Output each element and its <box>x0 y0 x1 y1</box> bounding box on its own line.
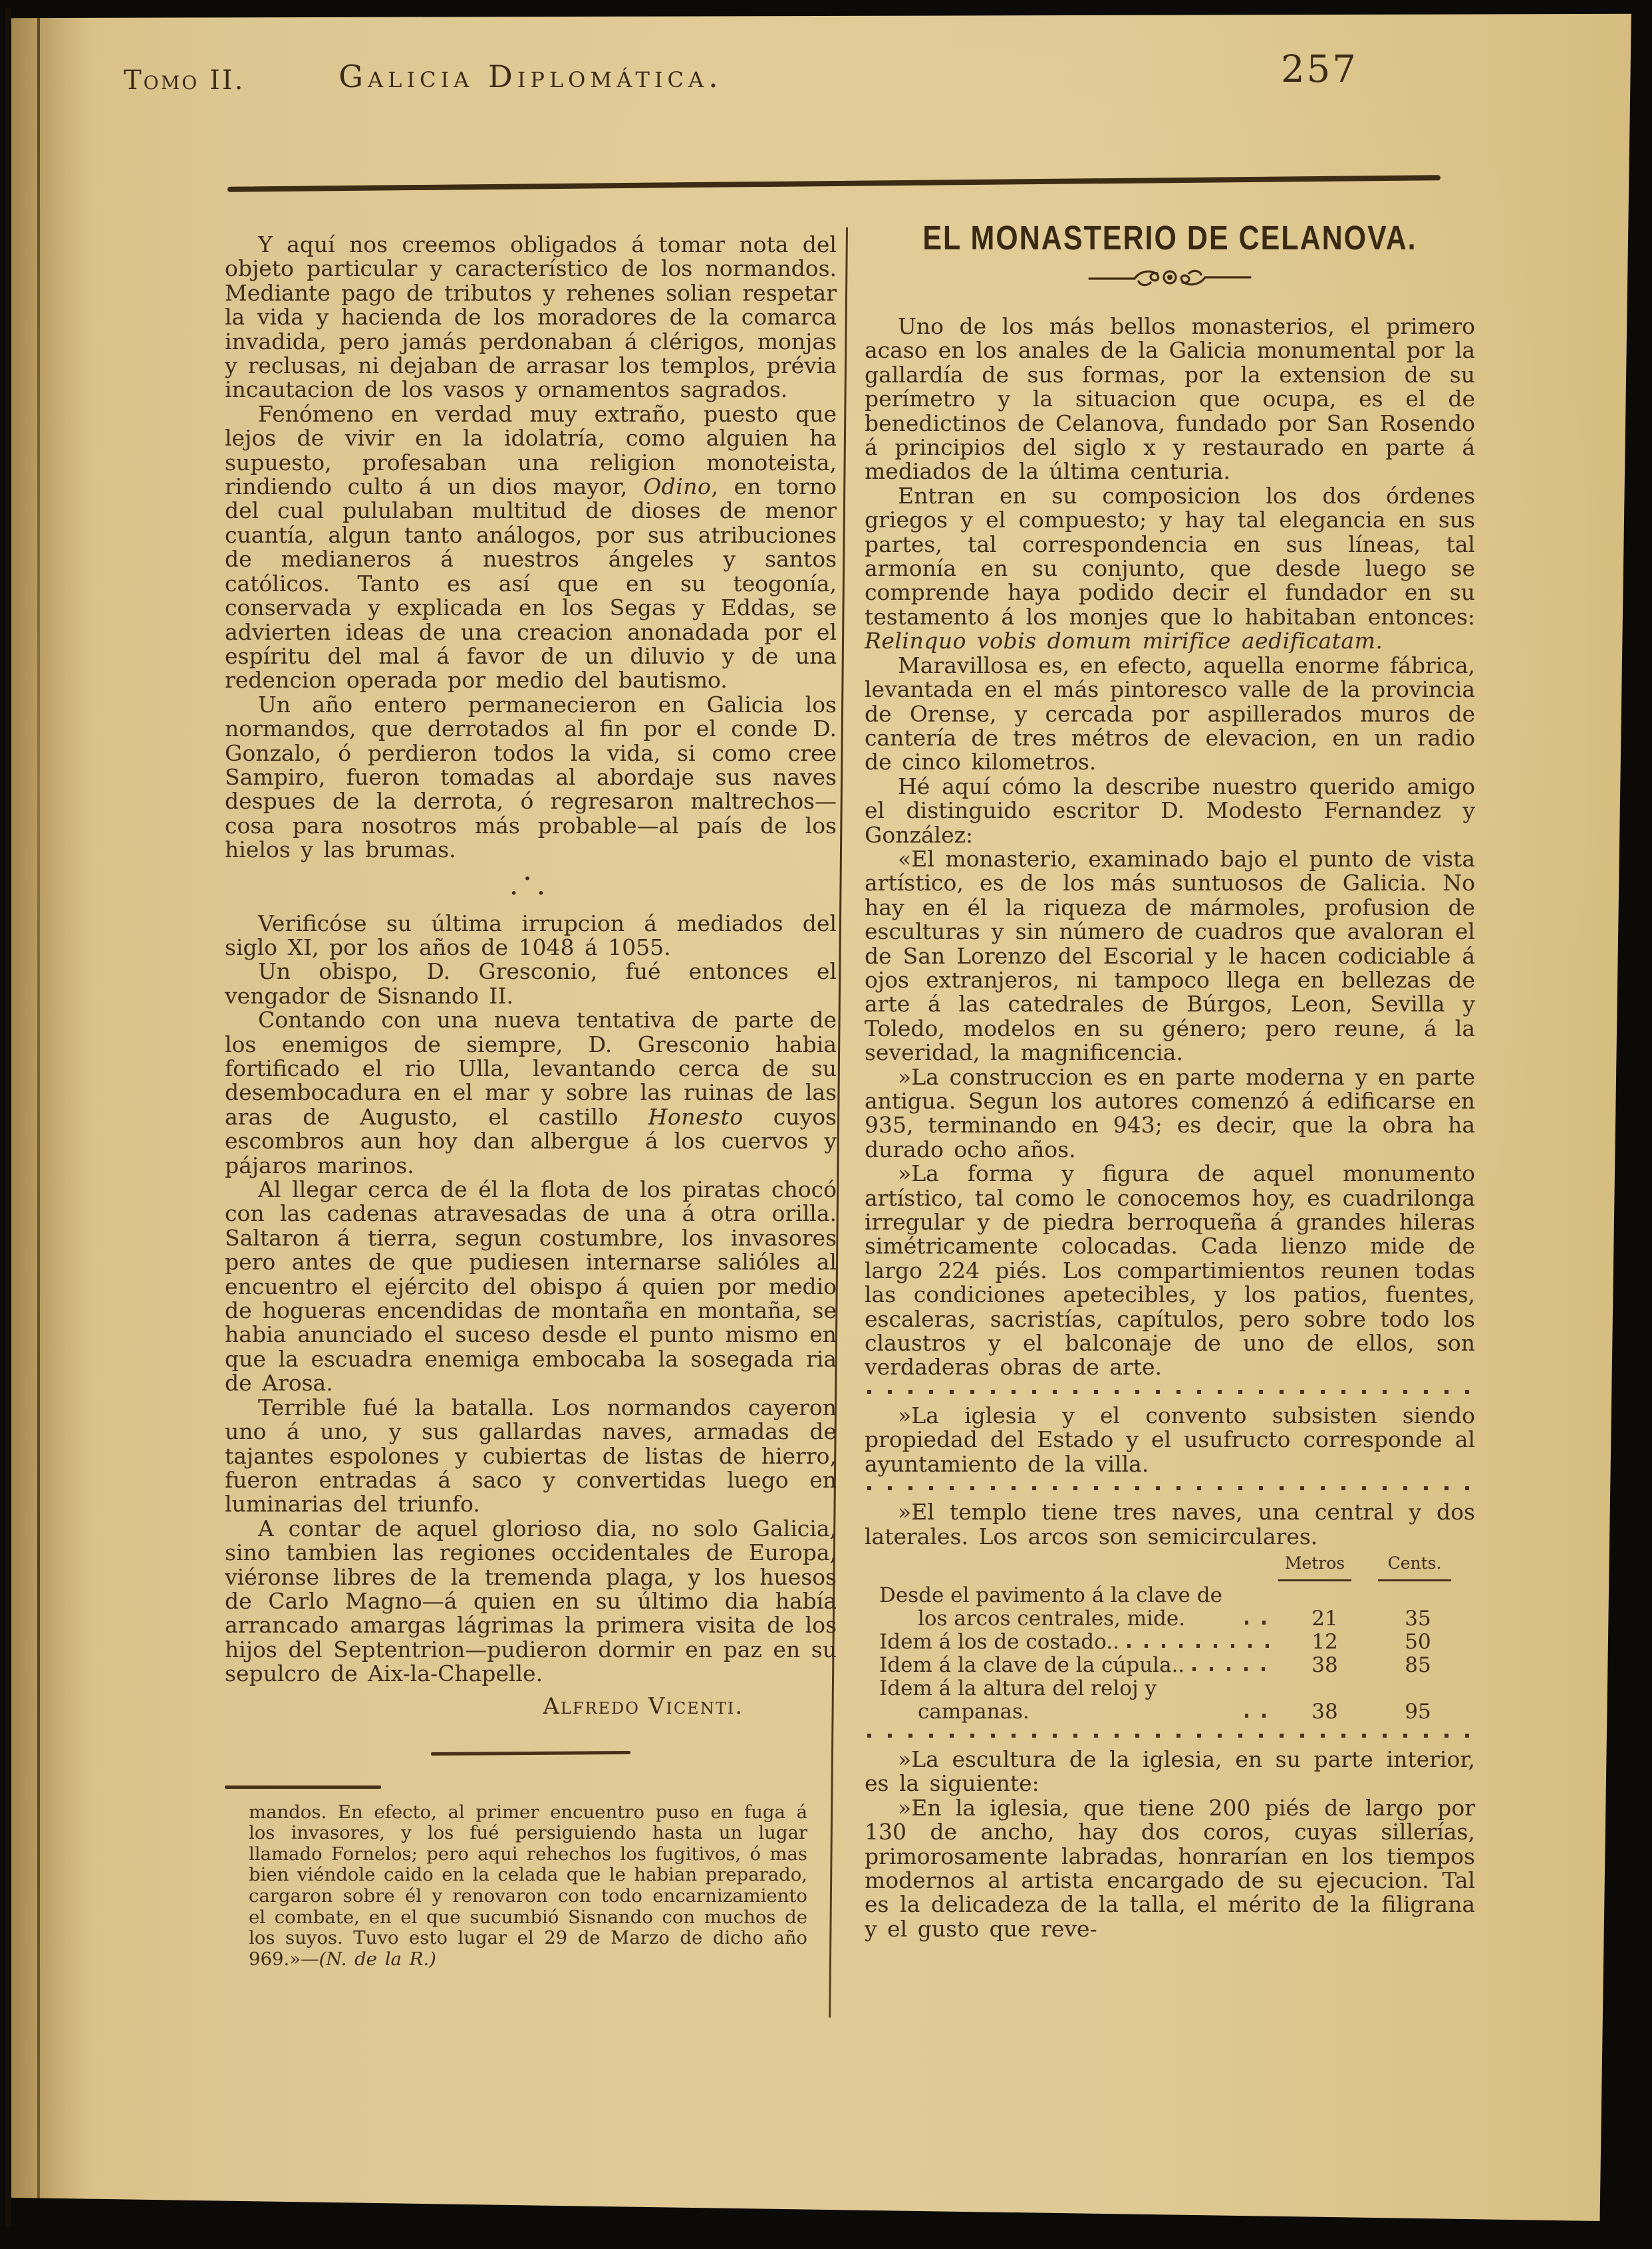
cents-value: 35 <box>1371 1607 1464 1631</box>
table-row: Desde el pavimento á la clave de los arc… <box>879 1584 1464 1631</box>
omission-dots-row <box>867 1486 1472 1490</box>
page-number: 257 <box>1281 48 1358 91</box>
binding-fold-line <box>37 8 40 2226</box>
row-label: Desde el pavimento á la clave de los arc… <box>879 1584 1237 1631</box>
paragraph: Un obispo, D. Gresconio, fué entonces el… <box>225 960 837 1008</box>
paragraph: Entran en su composicion los dos órdenes… <box>865 484 1475 654</box>
paragraph: Al llegar cerca de él la flota de los pi… <box>225 1178 837 1396</box>
article-end-rule <box>431 1751 630 1756</box>
omission-dots-row <box>867 1734 1472 1738</box>
asterism-dots-bottom: · · <box>225 886 837 901</box>
paragraph: Un año entero permanecieron en Galicia l… <box>225 693 837 862</box>
paragraph: Uno de los más bellos monasterios, el pr… <box>865 315 1475 484</box>
paragraph: »El templo tiene tres naves, una central… <box>865 1500 1475 1549</box>
dot-leader <box>1245 1714 1272 1718</box>
table-row: Idem á los de costado.. 12 50 <box>879 1631 1464 1654</box>
paragraph: Maravillosa es, en efecto, aquella enorm… <box>865 654 1475 775</box>
table-row: Idem á la clave de la cúpula.. 38 85 <box>879 1654 1464 1677</box>
omission-dots-row <box>867 1390 1472 1394</box>
asterism-section-divider: · · · <box>225 872 837 901</box>
column-header-cents: Cents. <box>1365 1551 1464 1575</box>
paragraph: Hé aquí cómo la describe nuestro querido… <box>865 775 1475 847</box>
metros-value: 38 <box>1278 1700 1371 1724</box>
article-title: EL MONASTERIO DE CELANOVA. <box>865 219 1475 258</box>
journal-running-title: Galicia Diplomática. <box>225 59 837 94</box>
paper-sheet: Tomo II. Galicia Diplomática. 257 Y aquí… <box>5 8 1636 2226</box>
dot-leader <box>1127 1644 1272 1648</box>
scan-edge-left <box>5 8 11 2226</box>
author-signature: Alfredo Vicenti. <box>225 1693 837 1720</box>
row-label: Idem á la clave de la cúpula.. <box>879 1654 1184 1677</box>
paragraph: Y aquí nos creemos obligados á tomar not… <box>225 233 837 402</box>
paragraph: »La escultura de la iglesia, en su parte… <box>865 1748 1475 1796</box>
paragraph: »La construccion es en parte moderna y e… <box>865 1065 1475 1162</box>
dot-leader <box>1192 1667 1272 1671</box>
paragraph: »La iglesia y el convento subsisten sien… <box>865 1404 1475 1476</box>
column-header-metros: Metros <box>1265 1551 1365 1575</box>
paragraph: Fenómeno en verdad muy extraño, puesto q… <box>225 402 837 693</box>
metros-value: 12 <box>1278 1631 1371 1654</box>
footnote-text: mandos. En efecto, al primer encuentro p… <box>225 1802 837 1970</box>
paragraph: Contando con una nueva tentativa de part… <box>225 1008 837 1178</box>
paragraph: »La forma y figura de aquel monumento ar… <box>865 1162 1475 1380</box>
right-column: EL MONASTERIO DE CELANOVA. Uno de los má… <box>865 219 1475 1941</box>
paragraph: A contar de aquel glorioso dia, no solo … <box>225 1517 837 1686</box>
metros-value: 38 <box>1278 1654 1371 1677</box>
table-row: Idem á la altura del reloj y campanas. 3… <box>879 1677 1464 1724</box>
cents-value: 50 <box>1371 1631 1464 1654</box>
paragraph: Terrible fué la batalla. Los normandos c… <box>225 1396 837 1517</box>
paragraph: Verificóse su última irrupcion á mediado… <box>225 912 837 960</box>
scan-edge-bottom <box>5 2186 1636 2226</box>
scan-edge-right <box>1589 8 1636 2226</box>
measurements-table-header: Metros Cents. <box>879 1551 1464 1575</box>
paragraph: »En la iglesia, que tiene 200 piés de la… <box>865 1796 1475 1941</box>
left-column: Y aquí nos creemos obligados á tomar not… <box>225 233 837 1970</box>
scan-edge-top <box>5 8 1636 19</box>
header-rule <box>227 175 1441 192</box>
row-label: Idem á los de costado.. <box>879 1631 1119 1654</box>
paragraph: «El monasterio, examinado bajo el punto … <box>865 847 1475 1065</box>
gutter-shadow <box>5 8 92 2226</box>
tailpiece-flourish-icon <box>1087 268 1253 288</box>
cents-value: 85 <box>1371 1654 1464 1677</box>
dot-leader <box>1245 1621 1272 1625</box>
article-body: Uno de los más bellos monasterios, el pr… <box>865 315 1475 1941</box>
footnote-separator-rule <box>225 1786 381 1789</box>
row-label: Idem á la altura del reloj y campanas. <box>879 1677 1237 1724</box>
cents-value: 95 <box>1371 1700 1464 1724</box>
metros-value: 21 <box>1278 1607 1371 1631</box>
measurements-table: Metros Cents. Desde el pavimento á la cl… <box>879 1551 1464 1724</box>
scanned-book-page: Tomo II. Galicia Diplomática. 257 Y aquí… <box>0 0 1652 2249</box>
